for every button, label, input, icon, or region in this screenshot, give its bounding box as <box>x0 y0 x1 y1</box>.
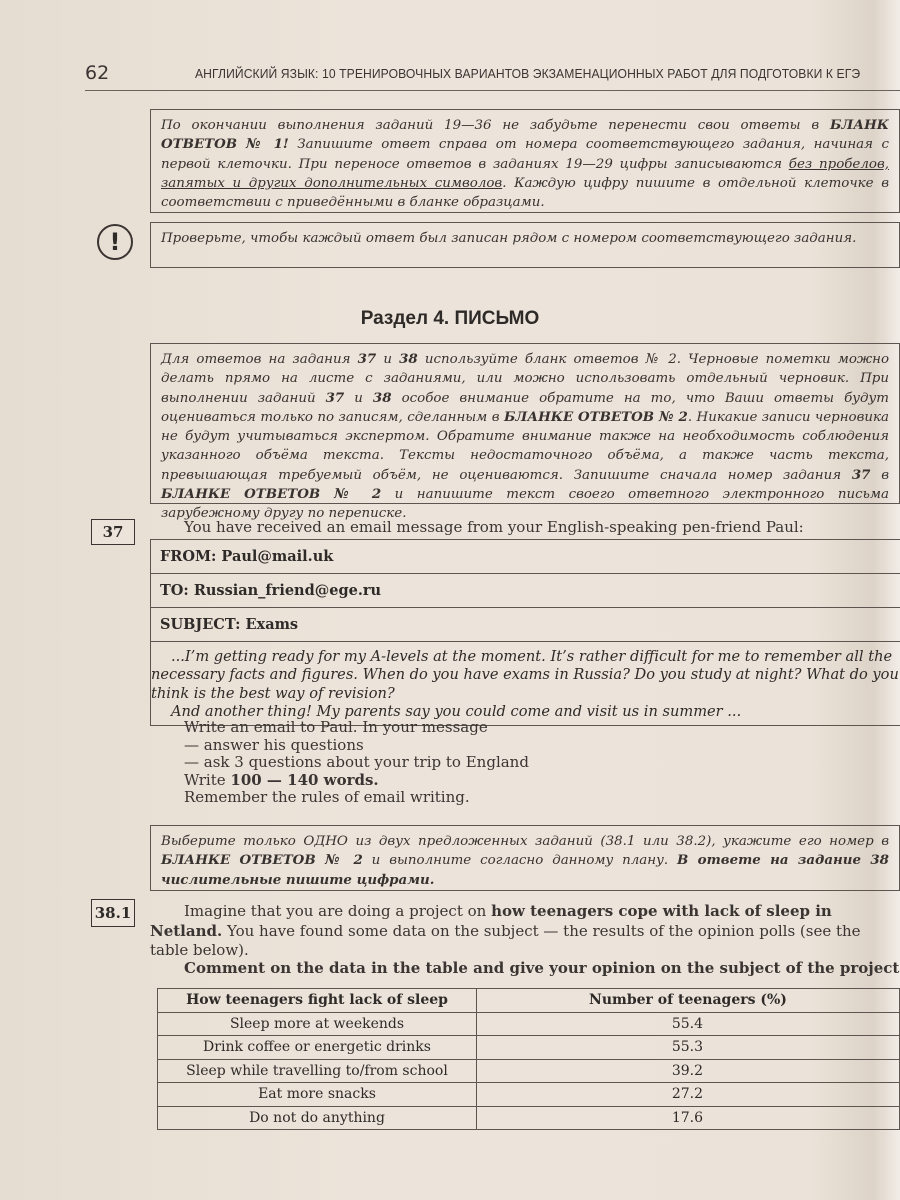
writing-instructions: Для ответов на задания 37 и 38 используй… <box>150 343 900 504</box>
choose-task-notice: Выберите только ОДНО из двух предложенны… <box>150 825 900 891</box>
exclamation-circle-icon: ! <box>97 224 133 260</box>
task-number-38-1: 38.1 <box>91 899 135 927</box>
column-header-percent: Number of teenagers (%) <box>477 989 900 1013</box>
email-from: FROM: Paul@mail.uk <box>151 540 900 574</box>
poll-results-table: How teenagers fight lack of sleep Number… <box>157 988 900 1130</box>
table-row: Sleep while travelling to/from school 39… <box>158 1059 900 1083</box>
email-to: TO: Russian_friend@ege.ru <box>151 574 900 608</box>
page-number: 62 <box>85 62 109 84</box>
table-row: Do not do anything 17.6 <box>158 1106 900 1130</box>
textbook-page: 62 АНГЛИЙСКИЙ ЯЗЫК: 10 ТРЕНИРОВОЧНЫХ ВАР… <box>0 0 900 1200</box>
task37-intro: You have received an email message from … <box>184 519 804 537</box>
email-subject: SUBJECT: Exams <box>151 608 900 642</box>
task37-instructions: Write an email to Paul. In your message … <box>184 719 529 807</box>
task38-comment: Comment on the data in the table and giv… <box>184 960 900 978</box>
table-row: Eat more snacks 27.2 <box>158 1083 900 1107</box>
email-body: ...I’m getting ready for my A-levels at … <box>151 642 900 725</box>
page-header: 62 АНГЛИЙСКИЙ ЯЗЫК: 10 ТРЕНИРОВОЧНЫХ ВАР… <box>85 62 900 91</box>
task-number-37: 37 <box>91 519 135 545</box>
column-header-method: How teenagers fight lack of sleep <box>158 989 477 1013</box>
email-message: FROM: Paul@mail.uk TO: Russian_friend@eg… <box>150 539 900 726</box>
check-answers-notice: Проверьте, чтобы каждый ответ был записа… <box>150 222 900 268</box>
table-header-row: How teenagers fight lack of sleep Number… <box>158 989 900 1013</box>
transfer-answers-notice: По окончании выполнения заданий 19—36 не… <box>150 109 900 213</box>
running-title: АНГЛИЙСКИЙ ЯЗЫК: 10 ТРЕНИРОВОЧНЫХ ВАРИАН… <box>195 66 860 81</box>
task38-intro: Imagine that you are doing a project on … <box>150 902 900 961</box>
table-row: Sleep more at weekends 55.4 <box>158 1012 900 1036</box>
section-title: Раздел 4. ПИСЬМО <box>0 308 900 330</box>
table-row: Drink coffee or energetic drinks 55.3 <box>158 1036 900 1060</box>
